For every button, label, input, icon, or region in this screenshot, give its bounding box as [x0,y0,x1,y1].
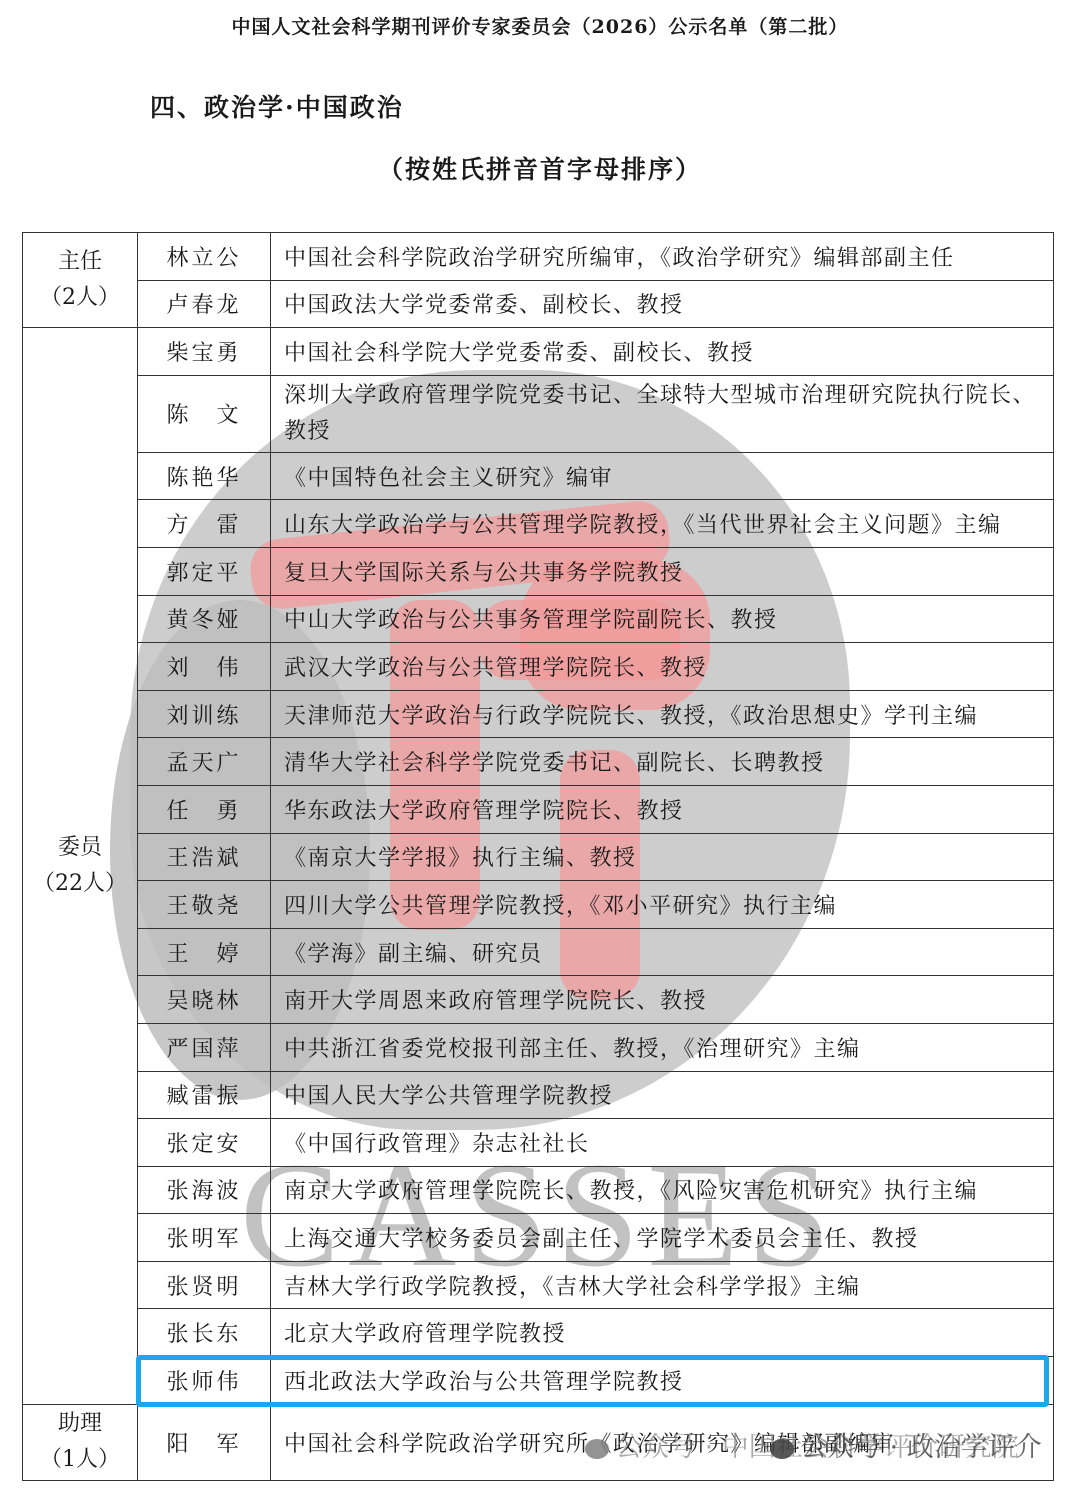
role-label: 助理 [23,1406,137,1442]
committee-roster-table: 主任（2人）林立公中国社会科学院政治学研究所编审，《政治学研究》编辑部副主任卢春… [22,232,1054,1481]
member-name: 刘 伟 [138,643,271,691]
member-name: 柴宝勇 [138,328,271,376]
table-row: 张长东北京大学政府管理学院教授 [23,1309,1054,1357]
member-affiliation: 南开大学周恩来政府管理学院院长、教授 [271,976,1054,1024]
table-row: 张明军上海交通大学校务委员会副主任、学院学术委员会主任、教授 [23,1214,1054,1262]
member-name: 林立公 [138,233,271,281]
table-row: 张定安《中国行政管理》杂志社社长 [23,1119,1054,1167]
table-row: 委员（22人）柴宝勇中国社会科学院大学党委常委、副校长、教授 [23,328,1054,376]
member-name: 王浩斌 [138,833,271,881]
member-affiliation: 南京大学政府管理学院院长、教授，《风险灾害危机研究》执行主编 [271,1166,1054,1214]
table-row: 吴晓林南开大学周恩来政府管理学院院长、教授 [23,976,1054,1024]
member-name: 严国萍 [138,1023,271,1071]
member-affiliation: 复旦大学国际关系与公共事务学院教授 [271,547,1054,595]
member-name: 陈艳华 [138,452,271,500]
table-row: 刘 伟武汉大学政治与公共管理学院院长、教授 [23,643,1054,691]
member-affiliation: 中国人民大学公共管理学院教授 [271,1071,1054,1119]
table-row: 王 婷《学海》副主编、研究员 [23,928,1054,976]
document-title: 中国人文社会科学期刊评价专家委员会（2026）公示名单（第二批） [0,12,1080,39]
member-affiliation: 《中国行政管理》杂志社社长 [271,1119,1054,1167]
role-label: 主任 [23,244,137,280]
table-row: 孟天广清华大学社会科学学院党委书记、副院长、长聘教授 [23,738,1054,786]
role-label: 委员 [23,830,137,866]
table-row: 臧雷振中国人民大学公共管理学院教授 [23,1071,1054,1119]
member-affiliation: 华东政法大学政府管理学院院长、教授 [271,785,1054,833]
member-name: 张定安 [138,1119,271,1167]
member-name: 方 雷 [138,500,271,548]
table-row: 陈艳华《中国特色社会主义研究》编审 [23,452,1054,500]
member-name: 孟天广 [138,738,271,786]
member-name: 黄冬娅 [138,595,271,643]
section-heading: 四、政治学·中国政治 [150,88,404,124]
table-row: 张贤明吉林大学行政学院教授，《吉林大学社会科学学报》主编 [23,1261,1054,1309]
member-affiliation: 中国政法大学党委常委、副校长、教授 [271,280,1054,328]
table-row: 王敬尧四川大学公共管理学院教授，《邓小平研究》执行主编 [23,881,1054,929]
member-affiliation: 四川大学公共管理学院教授，《邓小平研究》执行主编 [271,881,1054,929]
member-affiliation: 中共浙江省委党校报刊部主任、教授，《治理研究》主编 [271,1023,1054,1071]
table-row: 方 雷山东大学政治学与公共管理学院教授，《当代世界社会主义问题》主编 [23,500,1054,548]
member-affiliation: 《学海》副主编、研究员 [271,928,1054,976]
member-affiliation: 上海交通大学校务委员会副主任、学院学术委员会主任、教授 [271,1214,1054,1262]
table-row: 黄冬娅中山大学政治与公共事务管理学院副院长、教授 [23,595,1054,643]
role-count: （22人） [23,866,137,902]
table-row: 卢春龙中国政法大学党委常委、副校长、教授 [23,280,1054,328]
member-name: 王 婷 [138,928,271,976]
table-row: 刘训练天津师范大学政治与行政学院院长、教授，《政治思想史》学刊主编 [23,690,1054,738]
member-name: 王敬尧 [138,881,271,929]
member-name: 臧雷振 [138,1071,271,1119]
member-affiliation: 武汉大学政治与公共管理学院院长、教授 [271,643,1054,691]
member-affiliation: 中山大学政治与公共事务管理学院副院长、教授 [271,595,1054,643]
member-affiliation: 中国社会科学院大学党委常委、副校长、教授 [271,328,1054,376]
role-cell: 主任（2人） [23,233,138,328]
table-row: 张海波南京大学政府管理学院院长、教授，《风险灾害危机研究》执行主编 [23,1166,1054,1214]
footer-watermark-2: 公众号 · 政治学评介 [770,1425,1042,1464]
role-count: （2人） [23,280,137,316]
member-name: 卢春龙 [138,280,271,328]
sort-note: （按姓氏拼音首字母排序） [0,150,1080,186]
table-row: 严国萍中共浙江省委党校报刊部主任、教授，《治理研究》主编 [23,1023,1054,1071]
member-name: 张贤明 [138,1261,271,1309]
member-name: 吴晓林 [138,976,271,1024]
role-count: （1人） [23,1442,137,1478]
member-name: 张海波 [138,1166,271,1214]
member-name: 阳 军 [138,1404,271,1480]
member-affiliation: 天津师范大学政治与行政学院院长、教授，《政治思想史》学刊主编 [271,690,1054,738]
member-affiliation: 中国社会科学院政治学研究所编审，《政治学研究》编辑部副主任 [271,233,1054,281]
member-affiliation: 吉林大学行政学院教授，《吉林大学社会科学学报》主编 [271,1261,1054,1309]
table-row: 王浩斌《南京大学学报》执行主编、教授 [23,833,1054,881]
role-cell: 委员（22人） [23,328,138,1404]
member-affiliation: 《南京大学学报》执行主编、教授 [271,833,1054,881]
member-name: 张长东 [138,1309,271,1357]
highlight-box [136,1355,1049,1407]
table-row: 陈 文深圳大学政府管理学院党委书记、全球特大型城市治理研究院执行院长、教授 [23,375,1054,452]
member-name: 刘训练 [138,690,271,738]
table-row: 郭定平复旦大学国际关系与公共事务学院教授 [23,547,1054,595]
member-affiliation: 《中国特色社会主义研究》编审 [271,452,1054,500]
member-affiliation: 北京大学政府管理学院教授 [271,1309,1054,1357]
table-row: 任 勇华东政法大学政府管理学院院长、教授 [23,785,1054,833]
wechat-icon [770,1439,794,1459]
member-name: 郭定平 [138,547,271,595]
role-cell: 助理（1人） [23,1404,138,1480]
member-name: 任 勇 [138,785,271,833]
member-affiliation: 清华大学社会科学学院党委书记、副院长、长聘教授 [271,738,1054,786]
table-row: 主任（2人）林立公中国社会科学院政治学研究所编审，《政治学研究》编辑部副主任 [23,233,1054,281]
member-name: 陈 文 [138,375,271,452]
wechat-icon [585,1439,609,1459]
member-affiliation: 深圳大学政府管理学院党委书记、全球特大型城市治理研究院执行院长、教授 [271,375,1054,452]
member-name: 张明军 [138,1214,271,1262]
member-affiliation: 山东大学政治学与公共管理学院教授，《当代世界社会主义问题》主编 [271,500,1054,548]
